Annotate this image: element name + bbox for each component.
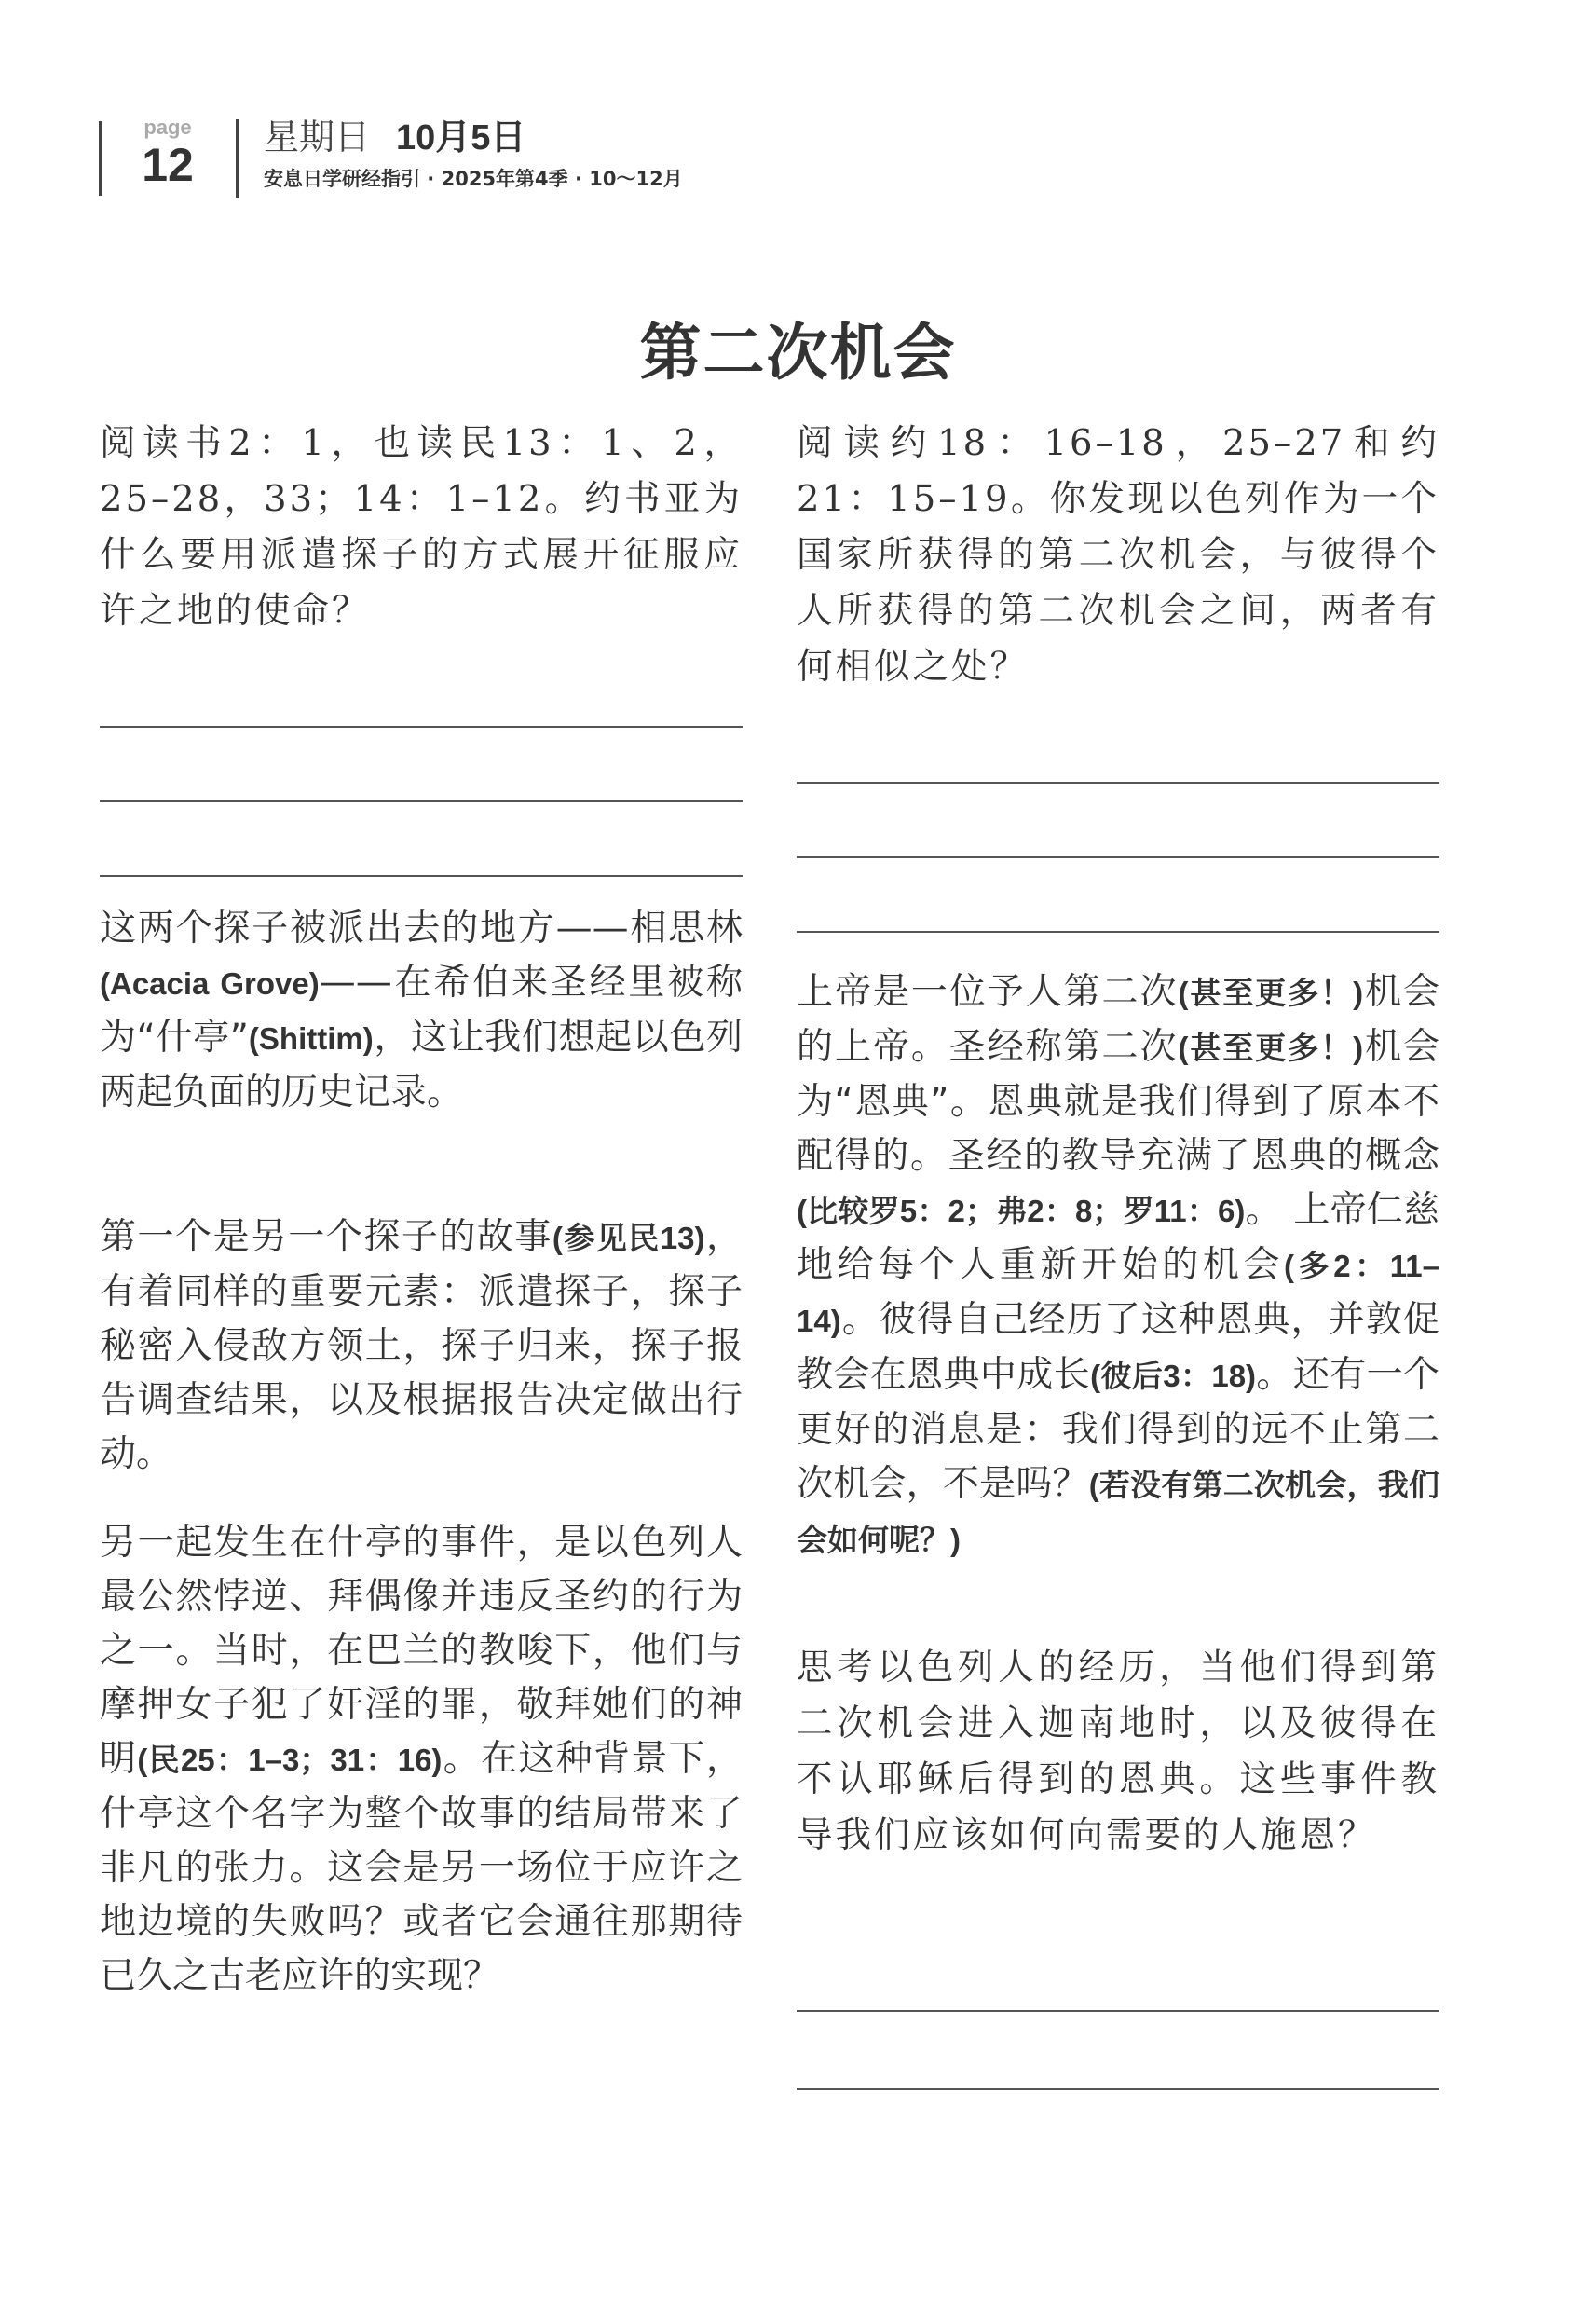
study-question-right: 阅读约18：16–18，25–27和约21：15–19。你发现以色列作为一个国家… — [797, 416, 1439, 695]
answer-line[interactable] — [797, 931, 1439, 933]
study-question-left: 阅读书2：1，也读民13：1、2，25–28，33；14：1–12。约书亚为什么… — [100, 416, 743, 639]
answer-line[interactable] — [797, 2088, 1439, 2090]
weekday: 星期日 — [264, 116, 370, 157]
page-title: 第二次机会 — [0, 303, 1596, 391]
header-divider-rule — [236, 119, 239, 198]
answer-line[interactable] — [797, 782, 1439, 784]
paragraph: 这两个探子被派出去的地方——相思林(Acacia Grove)——在希伯来圣经里… — [100, 902, 743, 1120]
paragraph: 第一个是另一个探子的故事(参见民13)，有着同样的重要元素：派遣探子，探子秘密入… — [100, 1210, 743, 1482]
lesson-day: 星期日10月5日 — [264, 119, 525, 156]
lesson-date: 10月5日 — [396, 118, 525, 157]
answer-line[interactable] — [797, 856, 1439, 858]
answer-line[interactable] — [100, 875, 743, 877]
page-label: page — [130, 116, 205, 140]
answer-line[interactable] — [797, 2010, 1439, 2012]
header-left-rule — [99, 121, 102, 196]
paragraph: 另一起发生在什亭的事件，是以色列人最公然悖逆、拜偶像并违反圣约的行为之一。当时，… — [100, 1516, 743, 2003]
paragraph: 上帝是一位予人第二次(甚至更多！)机会的上帝。圣经称第二次(甚至更多！)机会为“… — [797, 965, 1439, 1567]
answer-line[interactable] — [100, 800, 743, 802]
answer-line[interactable] — [100, 726, 743, 728]
page-number: 12 — [130, 142, 205, 188]
reflection-question: 思考以色列人的经历，当他们得到第二次机会进入迦南地时，以及彼得在不认耶稣后得到的… — [797, 1640, 1439, 1864]
publication-subtitle: 安息日学研经指引 · 2025年第4季 · 10～12月 — [264, 164, 683, 192]
